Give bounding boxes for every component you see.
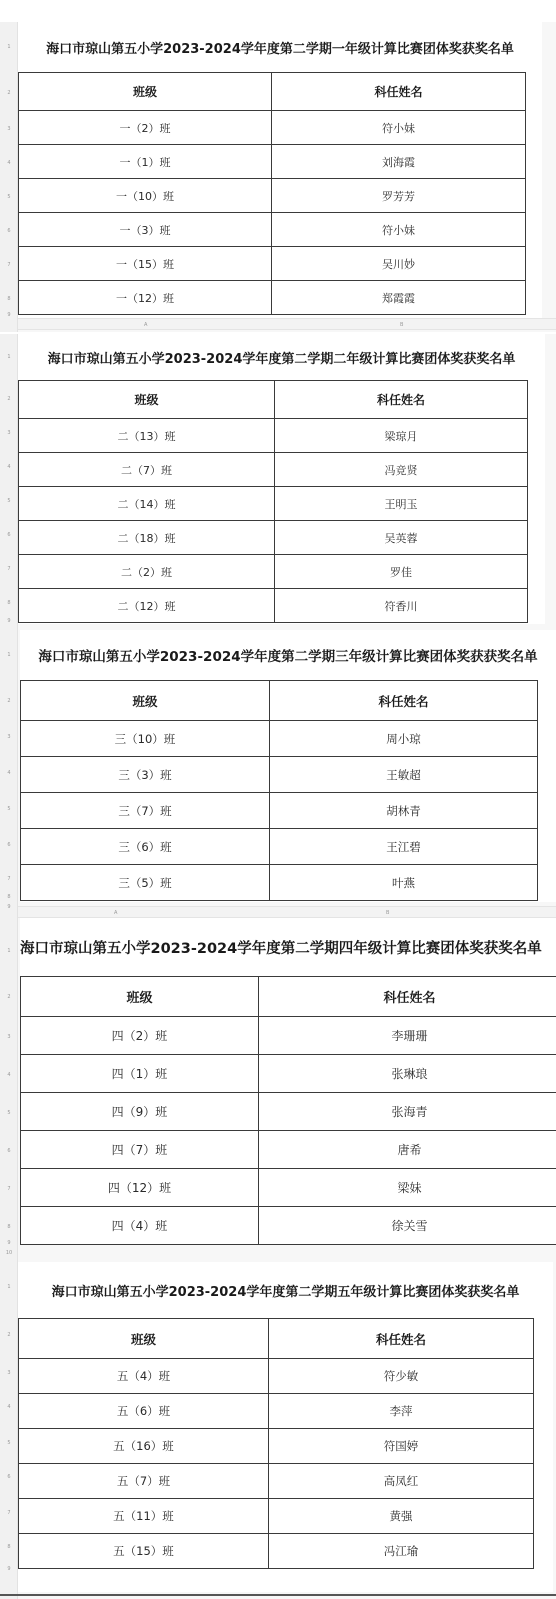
cell-teacher[interactable]: 唐希	[259, 1131, 556, 1169]
cell-teacher[interactable]: 冯江瑜	[269, 1534, 534, 1569]
table-row: 一（12）班 郑霞霞	[19, 281, 526, 315]
row-number[interactable]: 10	[0, 1250, 18, 1256]
cell-teacher[interactable]: 张琳琅	[259, 1055, 556, 1093]
table-header-row: 班级 科任姓名	[21, 977, 556, 1017]
sheet-area: 海口市琼山第五小学2023-2024学年度第二学期一年级计算比赛团体奖获奖名单 …	[18, 22, 542, 318]
table-row: 三（10）班 周小琼	[21, 721, 538, 757]
cell-class[interactable]: 一（2）班	[19, 111, 272, 145]
row-number[interactable]: 1	[0, 354, 18, 360]
row-number[interactable]: 2	[0, 396, 18, 402]
row-number[interactable]: 5	[0, 806, 18, 812]
sheet-area: 海口市琼山第五小学2023-2024学年度第二学期五年级计算比赛团体奖获奖名单 …	[18, 1262, 553, 1592]
table-header-row: 班级 科任姓名	[19, 73, 526, 111]
cell-class[interactable]: 二（2）班	[19, 555, 275, 589]
table-title: 海口市琼山第五小学2023-2024学年度第二学期五年级计算比赛团体奖获奖名单	[18, 1262, 553, 1318]
table-row: 四（4）班 徐关雪	[21, 1207, 556, 1245]
row-number[interactable]: 1	[0, 44, 18, 50]
table-row: 一（15）班 吴川妙	[19, 247, 526, 281]
cell-teacher[interactable]: 王明玉	[275, 487, 528, 521]
table-row: 一（1）班 刘海霞	[19, 145, 526, 179]
cell-class[interactable]: 三（5）班	[21, 865, 270, 901]
cell-class[interactable]: 五（4）班	[19, 1359, 269, 1394]
table-row: 四（7）班 唐希	[21, 1131, 556, 1169]
row-number[interactable]: 9	[0, 312, 18, 318]
row-number[interactable]: 9	[0, 904, 18, 910]
cell-class[interactable]: 一（12）班	[19, 281, 272, 315]
row-number[interactable]: 8	[0, 296, 18, 302]
cell-teacher[interactable]: 吴英蓉	[275, 521, 528, 555]
sheet-area: 海口市琼山第五小学2023-2024学年度第二学期三年级计算比赛团体奖获获奖名单…	[20, 630, 556, 902]
row-number[interactable]: 5	[0, 1440, 18, 1446]
row-number[interactable]: 2	[0, 698, 18, 704]
row-number-gutter	[0, 918, 18, 1258]
row-number[interactable]: 7	[0, 262, 18, 268]
table-row: 四（9）班 张海青	[21, 1093, 556, 1131]
cell-teacher[interactable]: 梁妹	[259, 1169, 556, 1207]
cell-class[interactable]: 二（12）班	[19, 589, 275, 623]
row-number[interactable]: 6	[0, 1474, 18, 1480]
row-number[interactable]: 7	[0, 566, 18, 572]
cell-teacher[interactable]: 徐关雪	[259, 1207, 556, 1245]
header-class[interactable]: 班级	[21, 977, 259, 1017]
cell-teacher[interactable]: 刘海霞	[272, 145, 526, 179]
cell-class[interactable]: 五（15）班	[19, 1534, 269, 1569]
row-number[interactable]: 5	[0, 1110, 18, 1116]
cell-teacher[interactable]: 胡林青	[270, 793, 538, 829]
sheet-section-grade1: 1 2 3 4 5 6 7 8 9 海口市琼山第五小学2023-2024学年度第…	[0, 22, 556, 332]
award-table: 班级 科任姓名 五（4）班 符少敏 五（6）班 李萍 五（16）班 符国婷 五（…	[18, 1318, 534, 1569]
cell-teacher[interactable]: 高凤红	[269, 1464, 534, 1499]
row-number-gutter	[0, 22, 18, 332]
table-row: 四（12）班 梁妹	[21, 1169, 556, 1207]
table-row: 二（18）班 吴英蓉	[19, 521, 528, 555]
column-header-bar: A B	[18, 318, 556, 330]
sheet-section-grade5: 1 2 3 4 5 6 7 8 9 海口市琼山第五小学2023-2024学年度第…	[0, 1258, 556, 1599]
row-number[interactable]: 8	[0, 1544, 18, 1550]
row-number[interactable]: 1	[0, 948, 18, 954]
cell-teacher[interactable]: 叶燕	[270, 865, 538, 901]
row-number[interactable]: 4	[0, 160, 18, 166]
row-number[interactable]: 4	[0, 1072, 18, 1078]
column-letter-b[interactable]: B	[400, 322, 403, 328]
bottom-border	[0, 1594, 556, 1596]
table-row: 五（15）班 冯江瑜	[19, 1534, 534, 1569]
cell-teacher[interactable]: 王敏超	[270, 757, 538, 793]
column-header-bar: A B	[18, 906, 556, 918]
header-class[interactable]: 班级	[19, 381, 275, 419]
cell-class[interactable]: 三（6）班	[21, 829, 270, 865]
cell-teacher[interactable]: 吴川妙	[272, 247, 526, 281]
row-number[interactable]: 6	[0, 228, 18, 234]
cell-class[interactable]: 四（4）班	[21, 1207, 259, 1245]
cell-class[interactable]: 五（11）班	[19, 1499, 269, 1534]
sheet-area: 海口市琼山第五小学2023-2024学年度第二学期二年级计算比赛团体奖获奖名单 …	[18, 334, 545, 624]
row-number[interactable]: 2	[0, 994, 18, 1000]
cell-class[interactable]: 四（7）班	[21, 1131, 259, 1169]
table-row: 一（10）班 罗芳芳	[19, 179, 526, 213]
table-title: 海口市琼山第五小学2023-2024学年度第二学期三年级计算比赛团体奖获获奖名单	[20, 630, 556, 680]
table-row: 三（5）班 叶燕	[21, 865, 538, 901]
table-title: 海口市琼山第五小学2023-2024学年度第二学期四年级计算比赛团体奖获奖名单	[20, 918, 556, 976]
award-table: 班级 科任姓名 三（10）班 周小琼 三（3）班 王敏超 三（7）班 胡林青 三…	[20, 680, 538, 901]
table-row: 二（14）班 王明玉	[19, 487, 528, 521]
table-row: 二（12）班 符香川	[19, 589, 528, 623]
row-number[interactable]: 9	[0, 618, 18, 624]
row-number[interactable]: 7	[0, 876, 18, 882]
row-number[interactable]: 6	[0, 532, 18, 538]
table-row: 四（2）班 李珊珊	[21, 1017, 556, 1055]
table-title: 海口市琼山第五小学2023-2024学年度第二学期二年级计算比赛团体奖获奖名单	[18, 334, 545, 380]
cell-teacher[interactable]: 冯竞贤	[275, 453, 528, 487]
row-number[interactable]: 8	[0, 1224, 18, 1230]
row-number[interactable]: 6	[0, 842, 18, 848]
cell-class[interactable]: 五（6）班	[19, 1394, 269, 1429]
row-number[interactable]: 9	[0, 1566, 18, 1572]
table-row: 二（2）班 罗佳	[19, 555, 528, 589]
cell-class[interactable]: 一（10）班	[19, 179, 272, 213]
row-number[interactable]: 7	[0, 1186, 18, 1192]
cell-teacher[interactable]: 符香川	[275, 589, 528, 623]
cell-class[interactable]: 四（2）班	[21, 1017, 259, 1055]
header-teacher[interactable]: 科任姓名	[269, 1319, 534, 1359]
cell-teacher[interactable]: 李珊珊	[259, 1017, 556, 1055]
cell-teacher[interactable]: 符小妹	[272, 111, 526, 145]
table-header-row: 班级 科任姓名	[19, 1319, 534, 1359]
row-number[interactable]: 3	[0, 430, 18, 436]
row-number[interactable]: 1	[0, 1284, 18, 1290]
header-class[interactable]: 班级	[19, 1319, 269, 1359]
award-table: 班级 科任姓名 一（2）班 符小妹 一（1）班 刘海霞 一（10）班 罗芳芳 一…	[18, 72, 526, 315]
cell-teacher[interactable]: 郑霞霞	[272, 281, 526, 315]
header-teacher[interactable]: 科任姓名	[275, 381, 528, 419]
row-number[interactable]: 3	[0, 126, 18, 132]
cell-class[interactable]: 五（16）班	[19, 1429, 269, 1464]
table-row: 一（3）班 符小妹	[19, 213, 526, 247]
table-row: 二（13）班 梁琼月	[19, 419, 528, 453]
row-number[interactable]: 2	[0, 90, 18, 96]
table-title: 海口市琼山第五小学2023-2024学年度第二学期一年级计算比赛团体奖获奖名单	[18, 22, 542, 72]
row-number-gutter	[0, 334, 18, 630]
cell-teacher[interactable]: 罗芳芳	[272, 179, 526, 213]
row-number[interactable]: 2	[0, 1332, 18, 1338]
row-number[interactable]: 5	[0, 194, 18, 200]
cell-teacher[interactable]: 周小琼	[270, 721, 538, 757]
row-number[interactable]: 4	[0, 770, 18, 776]
header-class[interactable]: 班级	[21, 681, 270, 721]
row-number[interactable]: 6	[0, 1148, 18, 1154]
cell-class[interactable]: 一（3）班	[19, 213, 272, 247]
cell-class[interactable]: 二（14）班	[19, 487, 275, 521]
header-teacher[interactable]: 科任姓名	[270, 681, 538, 721]
cell-teacher[interactable]: 罗佳	[275, 555, 528, 589]
header-teacher[interactable]: 科任姓名	[259, 977, 556, 1017]
row-number[interactable]: 4	[0, 1404, 18, 1410]
cell-class[interactable]: 三（7）班	[21, 793, 270, 829]
cell-class[interactable]: 一（1）班	[19, 145, 272, 179]
cell-teacher[interactable]: 王江碧	[270, 829, 538, 865]
row-number[interactable]: 3	[0, 1370, 18, 1376]
cell-class[interactable]: 四（1）班	[21, 1055, 259, 1093]
table-row: 四（1）班 张琳琅	[21, 1055, 556, 1093]
cell-teacher[interactable]: 符小妹	[272, 213, 526, 247]
column-letter-a[interactable]: A	[114, 910, 117, 916]
award-table: 班级 科任姓名 四（2）班 李珊珊 四（1）班 张琳琅 四（9）班 张海青 四（…	[20, 976, 556, 1245]
cell-class[interactable]: 二（13）班	[19, 419, 275, 453]
table-header-row: 班级 科任姓名	[21, 681, 538, 721]
row-number[interactable]: 1	[0, 652, 18, 658]
cell-class[interactable]: 二（7）班	[19, 453, 275, 487]
row-number[interactable]: 4	[0, 464, 18, 470]
column-letter-b[interactable]: B	[386, 910, 389, 916]
cell-class[interactable]: 二（18）班	[19, 521, 275, 555]
table-row: 三（3）班 王敏超	[21, 757, 538, 793]
row-number[interactable]: 8	[0, 600, 18, 606]
row-number[interactable]: 9	[0, 1240, 18, 1246]
cell-teacher[interactable]: 符国婷	[269, 1429, 534, 1464]
award-table: 班级 科任姓名 二（13）班 梁琼月 二（7）班 冯竞贤 二（14）班 王明玉 …	[18, 380, 528, 623]
table-row: 三（6）班 王江碧	[21, 829, 538, 865]
cell-teacher[interactable]: 梁琼月	[275, 419, 528, 453]
row-number[interactable]: 5	[0, 498, 18, 504]
header-teacher[interactable]: 科任姓名	[272, 73, 526, 111]
table-row: 五（4）班 符少敏	[19, 1359, 534, 1394]
sheet-section-grade4: 1 2 3 4 5 6 7 8 9 10 海口市琼山第五小学2023-2024学…	[0, 918, 556, 1258]
table-row: 二（7）班 冯竞贤	[19, 453, 528, 487]
cell-class[interactable]: 三（3）班	[21, 757, 270, 793]
cell-teacher[interactable]: 符少敏	[269, 1359, 534, 1394]
cell-class[interactable]: 三（10）班	[21, 721, 270, 757]
table-header-row: 班级 科任姓名	[19, 381, 528, 419]
row-number[interactable]: 7	[0, 1510, 18, 1516]
header-class[interactable]: 班级	[19, 73, 272, 111]
row-number[interactable]: 3	[0, 1034, 18, 1040]
table-row: 五（16）班 符国婷	[19, 1429, 534, 1464]
table-row: 一（2）班 符小妹	[19, 111, 526, 145]
table-row: 五（7）班 高凤红	[19, 1464, 534, 1499]
column-letter-a[interactable]: A	[144, 322, 147, 328]
sheet-area: 海口市琼山第五小学2023-2024学年度第二学期四年级计算比赛团体奖获奖名单 …	[20, 918, 556, 1244]
table-row: 五（11）班 黄强	[19, 1499, 534, 1534]
cell-class[interactable]: 四（9）班	[21, 1093, 259, 1131]
cell-teacher[interactable]: 张海青	[259, 1093, 556, 1131]
row-number[interactable]: 3	[0, 734, 18, 740]
table-row: 五（6）班 李萍	[19, 1394, 534, 1429]
cell-class[interactable]: 四（12）班	[21, 1169, 259, 1207]
sheet-section-grade2: 1 2 3 4 5 6 7 8 9 海口市琼山第五小学2023-2024学年度第…	[0, 334, 556, 630]
sheet-section-grade3: 1 2 3 4 5 6 7 8 9 海口市琼山第五小学2023-2024学年度第…	[0, 630, 556, 918]
cell-class[interactable]: 一（15）班	[19, 247, 272, 281]
cell-teacher[interactable]: 黄强	[269, 1499, 534, 1534]
cell-teacher[interactable]: 李萍	[269, 1394, 534, 1429]
cell-class[interactable]: 五（7）班	[19, 1464, 269, 1499]
table-row: 三（7）班 胡林青	[21, 793, 538, 829]
row-number[interactable]: 8	[0, 894, 18, 900]
